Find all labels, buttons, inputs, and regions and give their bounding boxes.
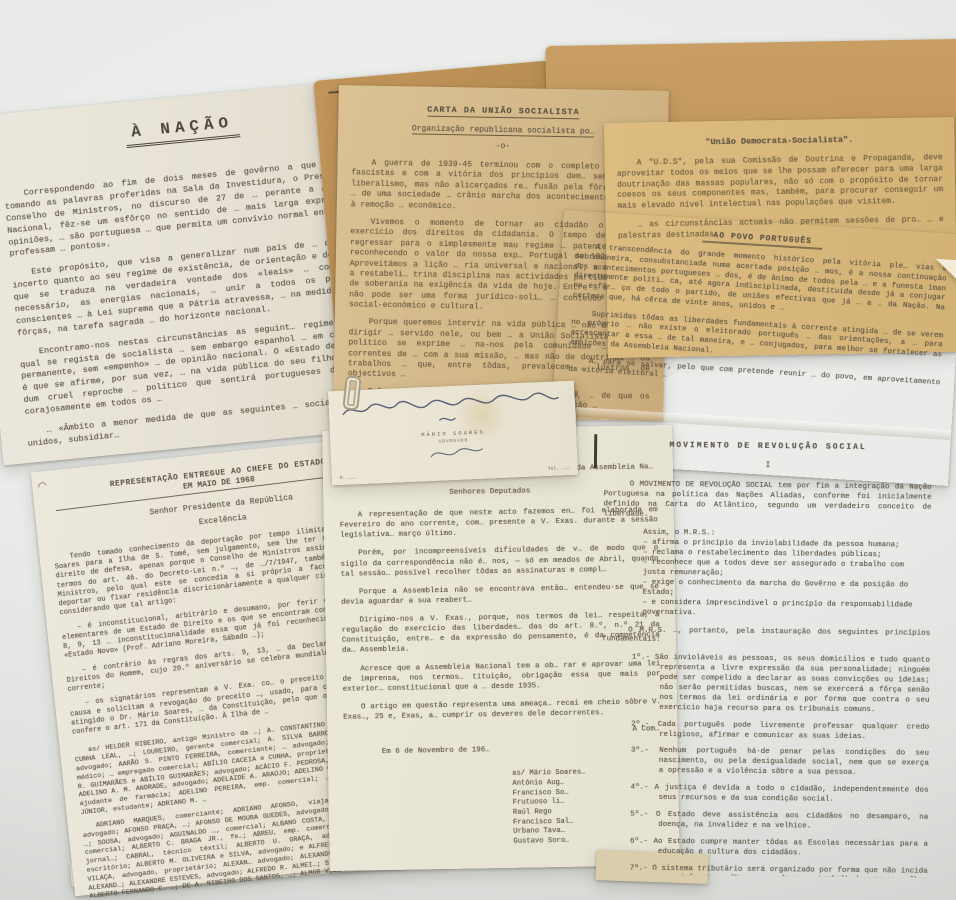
- document-title: "União Democrata-Socialista".: [705, 135, 853, 148]
- typed-paragraph: A "U.D.S", pela sua Comissão de Doutrina…: [617, 153, 944, 213]
- document-body: A transcendência do grande momento histó…: [568, 243, 947, 398]
- margin-pen-mark: [594, 434, 597, 468]
- document-movimento-revolucao-social: MOVIMENTO DE REVOLUÇÃO SOCIAL I O MOVIME…: [582, 422, 949, 878]
- folded-corner: [934, 259, 956, 287]
- document-subtitle: Organização republicana socialista po…: [412, 124, 595, 137]
- red-crayon-mark: ⌒: [36, 477, 49, 496]
- typed-paragraph: O MOVIMENTO DE REVOLUÇÃO SOCIAL tem por …: [603, 480, 931, 523]
- card-address-fragment: R. ………: [340, 475, 356, 481]
- document-body: O MOVIMENTO DE REVOLUÇÃO SOCIAL tem por …: [599, 480, 931, 897]
- numbered-item: 1º.- São invioláveis as pessoas, os seus…: [659, 654, 930, 716]
- numbered-item: 3º.- Nenhum português há-de penar pelas …: [659, 747, 929, 779]
- numbered-item: 4º.- A justiça é devida a todo o cidadão…: [658, 784, 928, 807]
- card-phone-fragment: Tel. ………: [548, 466, 570, 472]
- document-title: À NAÇÃO: [124, 113, 240, 148]
- visiting-card: MÁRIO SOARES ADVOGADO R. ……… Tel. ………: [328, 381, 578, 486]
- principles-bullets: – afirma o princípio da inviolabilidade …: [642, 539, 931, 621]
- numbered-item: 2º.- Cada português pode livremente prof…: [659, 721, 929, 744]
- salutation-honorific: Excelência: [198, 513, 247, 527]
- typed-paragraph: O M.R.S. …, portanto, pela instauração d…: [602, 626, 930, 649]
- document-title: CARTA DA UNIÃO SOCIALISTA: [427, 105, 580, 120]
- bullet-line: – e considera imprescindível o princípio…: [642, 599, 930, 622]
- numbered-item: 5º.- O Estado deve assistência aos cidad…: [658, 811, 928, 834]
- section-numeral: I: [765, 461, 770, 470]
- document-title: MOVIMENTO DE REVOLUÇÃO SOCIAL: [669, 441, 866, 452]
- separator-ornament: -o-: [496, 142, 511, 151]
- numbered-principles: 1º.- São invioláveis as pessoas, os seus…: [629, 654, 929, 897]
- photo-of-documents: 19 À NAÇÃO Correspondendo ao fim de dois…: [0, 0, 956, 900]
- signature-ink: [427, 443, 488, 464]
- numbered-item: 6º.- Ao Estado cumpre manter tôdas as Es…: [658, 838, 928, 861]
